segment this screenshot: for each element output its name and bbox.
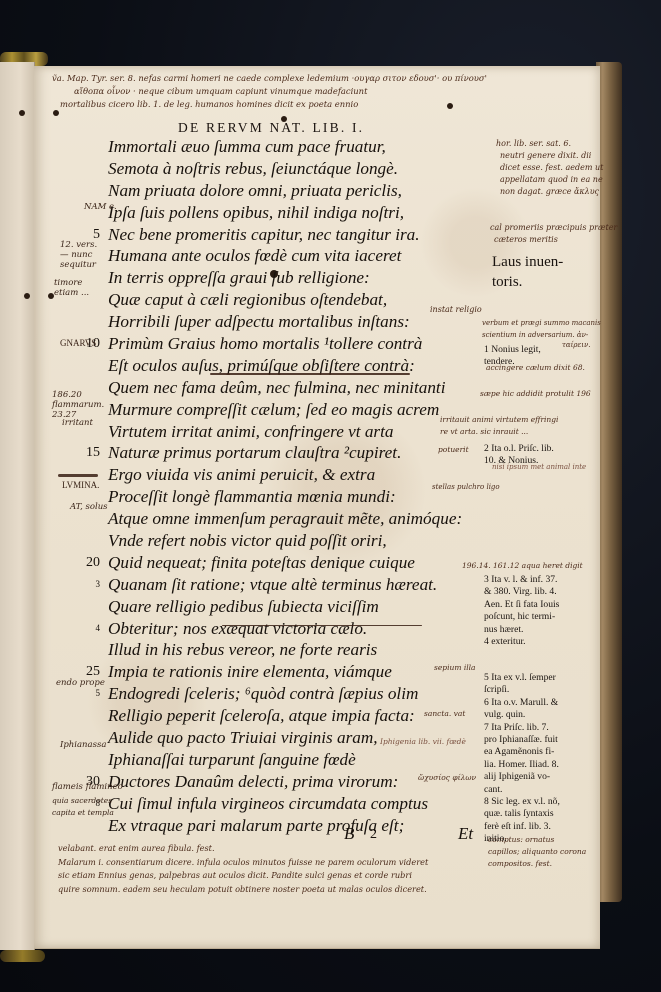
verse-line: 20Quid nequeat; finita poteſtas denique … bbox=[108, 552, 498, 574]
wormhole bbox=[24, 293, 30, 299]
verse-line: Illud in his rebus vereor, ne forte rear… bbox=[108, 639, 498, 661]
ink-underline bbox=[222, 625, 422, 626]
footnote-3: 3 Ita v. l. & inf. 37. & 380. Virg. lib.… bbox=[484, 574, 559, 648]
right-margin-note: ὤχυσίος φίλων bbox=[418, 772, 476, 783]
verse-line: Quare relligio pedibus ſubiecta viciſſim bbox=[108, 596, 498, 618]
signature-number: 2 bbox=[370, 827, 377, 843]
right-margin-note: Iphigenia lib. vii. fœdè bbox=[380, 736, 466, 747]
left-margin-note: irritant bbox=[62, 418, 93, 428]
verse-line: Ipſa ſuis pollens opibus, nihil indiga n… bbox=[108, 202, 498, 224]
running-head: DE RERVM NAT. LIB. I. bbox=[178, 120, 364, 136]
verse-line: Immortali æuo ſumma cum pace fruatur, bbox=[108, 136, 498, 158]
right-margin-note: sancta. vat bbox=[424, 708, 465, 719]
right-margin-note: cal promeriis præcipuis præter bbox=[490, 222, 617, 233]
bookmark-ribbon-bottom bbox=[0, 950, 45, 962]
verse-line: Ex vtraque pari malarum parte profuſa eſ… bbox=[108, 815, 498, 837]
right-margin-note: potuerit bbox=[438, 444, 469, 455]
right-margin-note: instat religio bbox=[430, 304, 482, 315]
annotation-line: αἴθοπα οἶνον · neque cibum umquam capiun… bbox=[52, 85, 602, 98]
left-margin-note: 186.20 flammarum. 23.27 bbox=[52, 390, 106, 420]
verse-line: 5Endogredi ſceleris; ⁶quòd contrà ſæpius… bbox=[108, 683, 498, 705]
left-margin-note: NAM e. bbox=[84, 202, 117, 212]
verse-line: Nam priuata dolore omni, priuata pericli… bbox=[108, 180, 498, 202]
right-margin-note: cæteros meritis bbox=[494, 234, 558, 245]
verse-line: 3Quanam ſit ratione; vtque altè terminus… bbox=[108, 574, 498, 596]
right-margin-note: capillos; aliquanto corona bbox=[488, 846, 586, 857]
footnote-2: 2 Ita o.l. Priſc. lib. 10. & Nonius. bbox=[484, 443, 554, 468]
right-margin-note: stellas pulchro ligo bbox=[432, 482, 500, 493]
right-margin-note: sæpe hic addidit protulit 196 bbox=[480, 388, 591, 399]
side-heading: Laus inuen- toris. bbox=[492, 252, 563, 292]
verse-line: Humana ante oculos fœdè cum vita iaceret bbox=[108, 245, 498, 267]
footnotes-5-8: 5 Ita ex v.l. ſemper ſcripſi. 6 Ita o.v.… bbox=[484, 672, 560, 846]
right-margin-note: 196.14. 161.12 aqua heret digit bbox=[462, 560, 583, 571]
right-margin-note: non dagat. græce ἄκλυς bbox=[500, 186, 599, 197]
left-margin-note: capita et templa bbox=[52, 808, 114, 818]
right-margin-note: verbum et prægi summo macanis bbox=[482, 318, 601, 329]
left-margin-note: 12. vers. — nunc sequitur bbox=[60, 240, 108, 270]
bottom-handwritten-annotation: velabant. erat enim aurea fibula. fest. … bbox=[58, 842, 478, 896]
verse-line: 8Cui ſimul infula virgineos circumdata c… bbox=[108, 793, 498, 815]
signature-mark: B bbox=[344, 824, 354, 844]
verse-line: 5Nec bene promeritis capitur, nec tangit… bbox=[108, 224, 498, 246]
left-margin-note: Iphianassa bbox=[60, 740, 106, 750]
left-margin-note: AT, solus bbox=[70, 502, 108, 512]
top-handwritten-annotation: ṽa. Map. Tyr. ser. 8. nefas carmi homeri… bbox=[52, 72, 602, 111]
right-margin-note: appellatam quod in ea ne bbox=[500, 174, 603, 185]
left-margin-note: flameis flamineo bbox=[52, 782, 123, 792]
verse-line: Quem nec fama deûm, nec fulmina, nec min… bbox=[108, 377, 498, 399]
left-margin-note: LVMINA. bbox=[62, 480, 99, 490]
footnote-1: 1 Nonius legit, tendere. bbox=[484, 344, 541, 369]
right-margin-note: sepium illa bbox=[434, 662, 475, 673]
verse-line: Vnde refert nobis victor quid poſſit ori… bbox=[108, 530, 498, 552]
verse-line: Semota à noſtris rebus, ſeiunctáque long… bbox=[108, 158, 498, 180]
line-number: 20 bbox=[74, 552, 100, 574]
line-number: 15 bbox=[74, 442, 100, 464]
verse-line: In terris oppreſſa graui ſub relligione: bbox=[108, 267, 498, 289]
verse-line: 4Obteritur; nos exæquat victoria cælo. bbox=[108, 618, 498, 640]
right-margin-note: dicet esse. fest. aedem ut bbox=[500, 162, 603, 173]
annotation-line: mortalibus cicero lib. 1. de leg. humano… bbox=[52, 98, 602, 111]
right-margin-note: ταίρειν. bbox=[562, 340, 590, 351]
left-margin-note: endo prope bbox=[56, 678, 105, 688]
verse-line: Atque omne immenſum peragrauit mẽte, ani… bbox=[108, 508, 498, 530]
left-margin-note: timore etiam ... bbox=[54, 278, 106, 298]
annotation-line: ṽa. Map. Tyr. ser. 8. nefas carmi homeri… bbox=[52, 72, 602, 85]
right-margin-note: re vt arta. sic inrauit ... bbox=[440, 426, 528, 437]
footnote-4: 4 exteritur. bbox=[484, 636, 559, 648]
ink-underline bbox=[210, 373, 410, 375]
verse-line: Iphianaſſai turparunt ſanguine fœdè bbox=[108, 749, 498, 771]
right-margin-note: neutri genere dixit. dii bbox=[500, 150, 591, 161]
left-margin-note: quia sacerdotes bbox=[52, 796, 112, 806]
ink-strike bbox=[58, 474, 98, 477]
right-margin-note: hor. lib. ser. sat. 6. bbox=[496, 138, 571, 149]
right-margin-note: irritauit animi virtutem effringi bbox=[440, 414, 558, 425]
right-margin-note: compositos. fest. bbox=[488, 858, 552, 869]
verse-line: 10Primùm Graius homo mortalis ¹tollere c… bbox=[108, 333, 498, 355]
left-margin-note: GNARVS bbox=[60, 338, 96, 348]
wormhole bbox=[19, 110, 25, 116]
catchword: Et bbox=[458, 824, 473, 844]
facing-page-edge bbox=[0, 62, 35, 950]
